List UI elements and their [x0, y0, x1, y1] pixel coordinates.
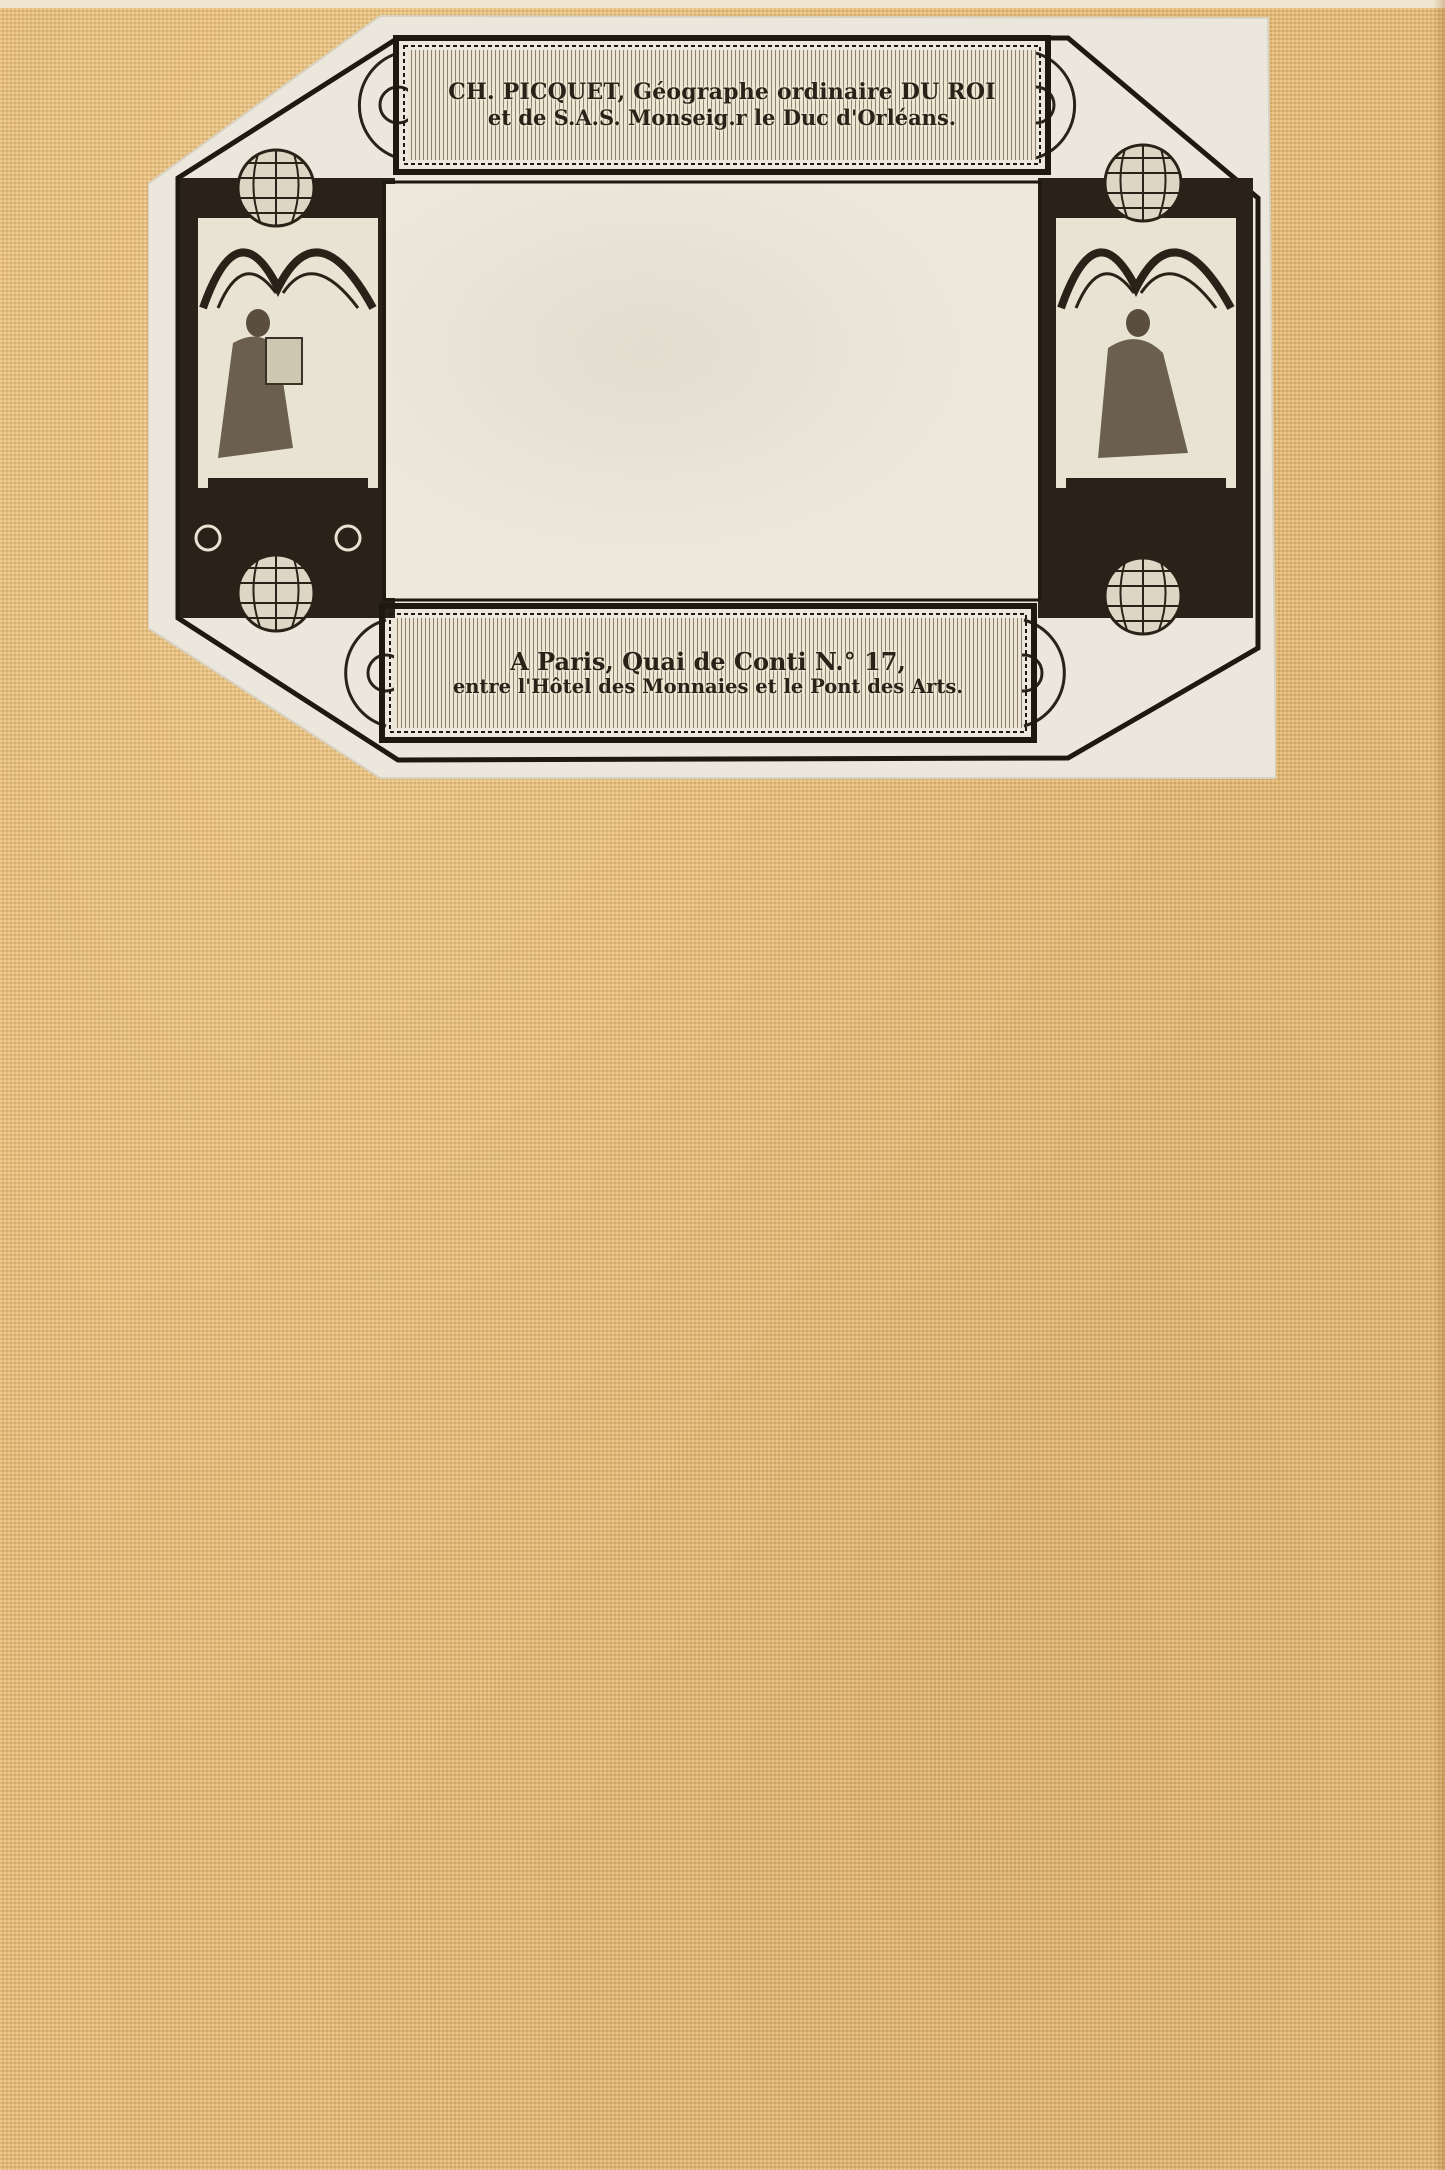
bottom-banner-line1: A Paris, Quai de Conti N.° 17, — [510, 648, 906, 676]
top-banner-line2: et de S.A.S. Monseig.r le Duc d'Orléans. — [488, 106, 956, 130]
top-edge — [0, 0, 1445, 8]
right-edge-shadow — [1433, 0, 1445, 2170]
publisher-label: CH. PICQUET, Géographe ordinaire DU ROI … — [148, 8, 1276, 782]
right-column — [1038, 145, 1253, 634]
top-banner: CH. PICQUET, Géographe ordinaire DU ROI … — [408, 50, 1036, 160]
globe-icon — [238, 150, 314, 226]
bottom-banner: A Paris, Quai de Conti N.° 17, entre l'H… — [394, 618, 1022, 728]
globe-icon — [1105, 558, 1181, 634]
globe-icon — [238, 555, 314, 631]
top-banner-line1: CH. PICQUET, Géographe ordinaire DU ROI — [448, 80, 995, 105]
bottom-banner-line2: entre l'Hôtel des Monnaies et le Pont de… — [453, 676, 963, 698]
left-column — [180, 150, 395, 631]
globe-icon — [1105, 145, 1181, 221]
label-blank-area — [386, 184, 1038, 598]
